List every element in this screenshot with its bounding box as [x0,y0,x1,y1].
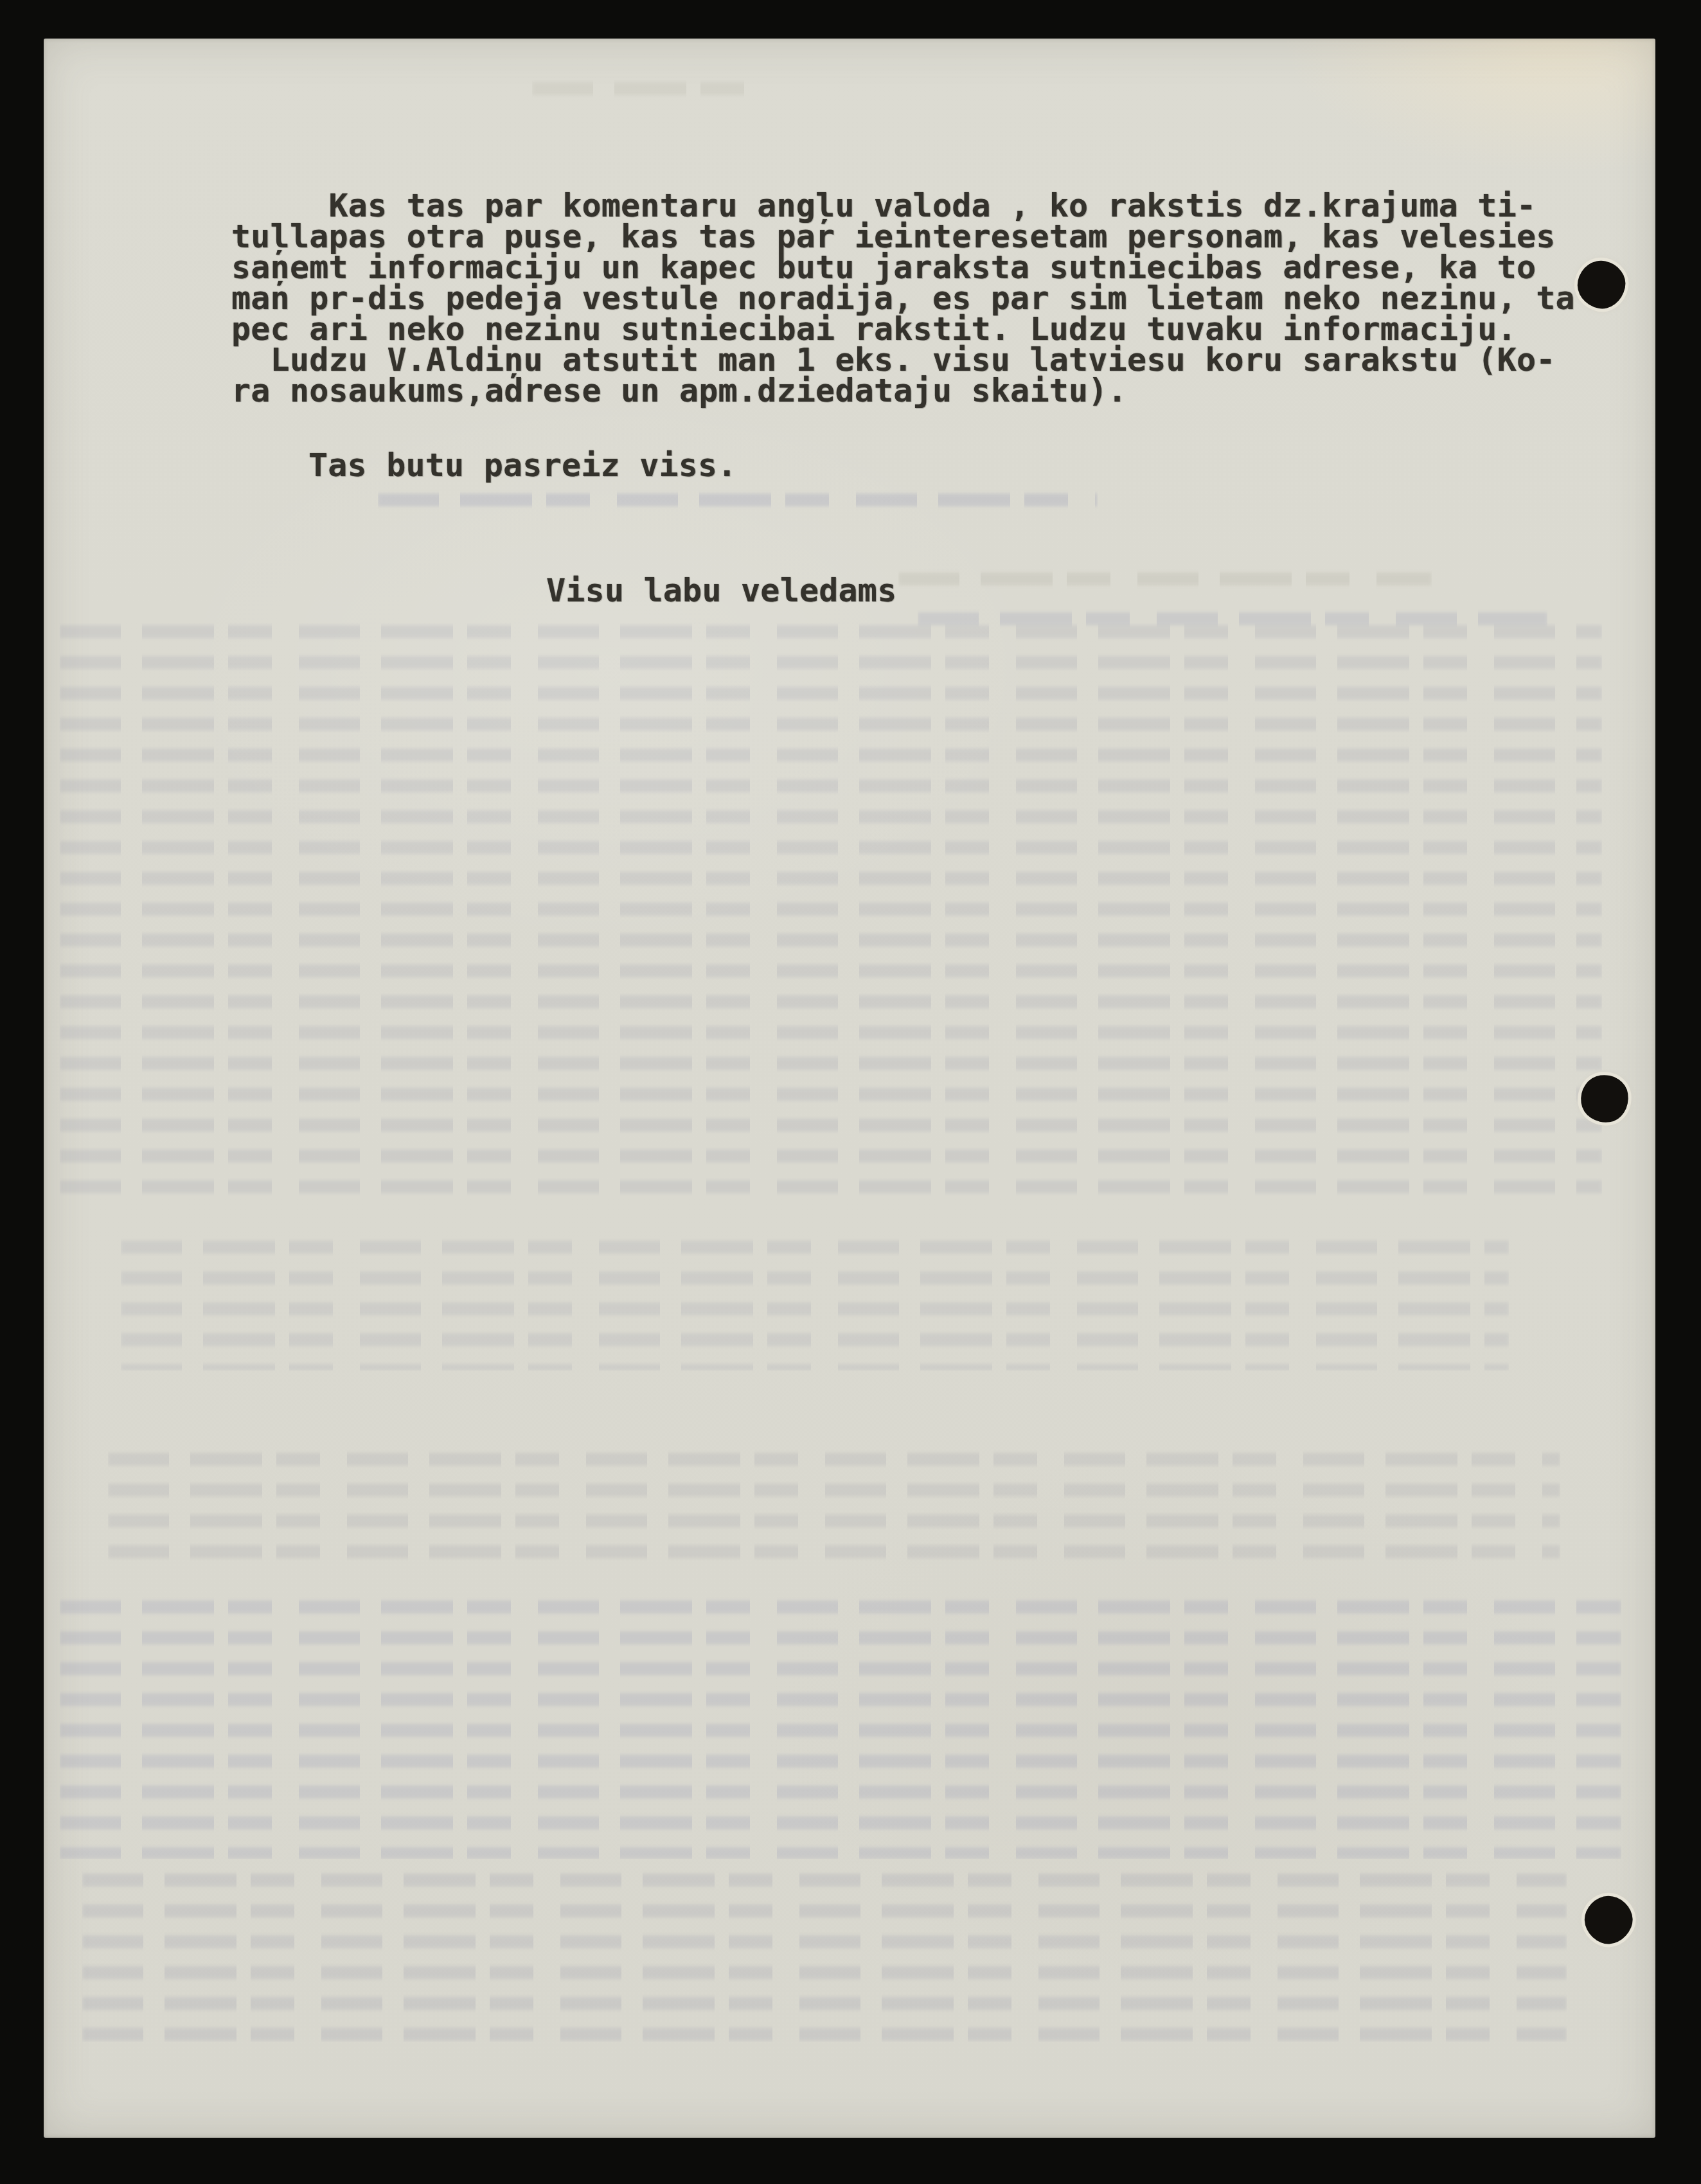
bleedthrough-fragment [532,74,751,106]
bleedthrough-fragment [378,485,1098,515]
hole-punch-middle [1578,1072,1632,1126]
bleedthrough-block [60,1592,1621,1859]
bleedthrough-fragment [918,604,1547,634]
letter-closing-line: Tas butu pasreiz viss. [308,450,737,481]
bleedthrough-block [60,617,1602,1211]
letter-body-paragraphs: Kas tas par komentaru angļu valoda , ko … [231,190,1575,406]
bleedthrough-block [108,1444,1560,1573]
bleedthrough-block [121,1232,1509,1371]
scan-background: Kas tas par komentaru angļu valoda , ko … [0,0,1701,2184]
hole-punch-bottom [1577,1888,1639,1951]
bleedthrough-fragment [898,564,1432,592]
letter-signoff: Visu labu veledams [546,575,896,606]
letter-page: Kas tas par komentaru angļu valoda , ko … [44,39,1655,2138]
bleedthrough-block [82,1865,1567,2042]
hole-punch-top [1573,256,1630,313]
